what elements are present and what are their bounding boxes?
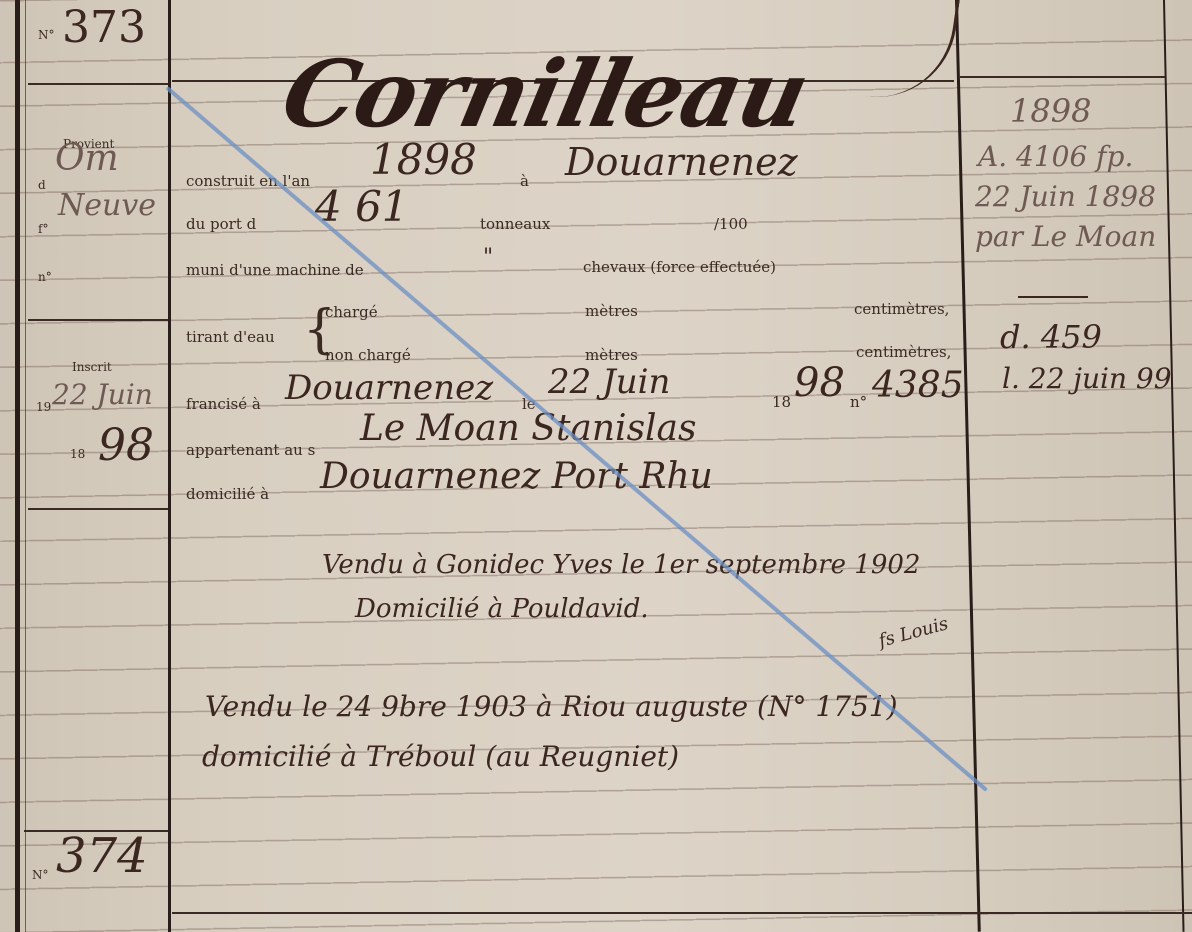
- provient-value-1: Om: [55, 138, 119, 179]
- right-note-rule: [1018, 296, 1088, 298]
- registered-year-value: 98: [794, 360, 845, 406]
- built-year-label: construit en l'an: [186, 172, 310, 190]
- registered-date-value: 22 Juin: [548, 362, 670, 402]
- right-note-ref: A. 4106 fp.: [978, 140, 1133, 173]
- sale-1-line-1: Vendu à Gonidec Yves le 1er septembre 19…: [322, 550, 920, 580]
- owner-value: Le Moan Stanislas: [360, 408, 697, 449]
- registered-at-value: Douarnenez: [285, 368, 493, 408]
- tonnage-fraction: /100: [714, 215, 748, 233]
- next-entry-number: 374: [56, 828, 148, 884]
- domicile-value: Douarnenez Port Rhu: [320, 456, 713, 497]
- entry-number: 373: [62, 2, 146, 53]
- left-margin-line: [15, 0, 20, 932]
- number-prefix: N°: [38, 28, 55, 42]
- right-note-date-2: l. 22 juin 99: [1002, 362, 1172, 395]
- tonnage-label: du port d: [186, 215, 256, 233]
- bottom-separator: [172, 912, 1192, 914]
- sale-1-line-2: Domicilié à Pouldavid.: [355, 594, 649, 624]
- tonnage-unit: tonneaux: [480, 215, 550, 233]
- provient-separator: [28, 319, 168, 321]
- draft-loaded-meters: mètres: [585, 302, 638, 320]
- right-note-by: par Le Moan: [975, 220, 1156, 253]
- left-column-divider: [168, 0, 171, 932]
- built-year-value: 1898: [370, 135, 477, 184]
- provient-value-2: Neuve: [58, 188, 156, 223]
- inscrit-year: 98: [98, 420, 154, 471]
- right-note-number: d. 459: [1000, 318, 1102, 356]
- registered-number-label: n°: [850, 393, 867, 411]
- engine-label: muni d'une machine de: [186, 261, 364, 279]
- domicile-label: domicilié à: [186, 485, 269, 503]
- right-note-date: 22 Juin 1898: [975, 180, 1156, 213]
- sale-2-line-1: Vendu le 24 9bre 1903 à Riou auguste (N°…: [205, 690, 898, 723]
- right-note-year: 1898: [1010, 92, 1091, 130]
- draft-unloaded-cm: centimètres,: [856, 343, 951, 361]
- sale-2-line-2: domicilié à Tréboul (au Reugniet): [202, 740, 679, 773]
- draft-loaded-cm: centimètres,: [854, 300, 949, 318]
- header-separator: [28, 83, 168, 85]
- engine-value: ": [483, 245, 493, 270]
- next-number-prefix: N°: [32, 868, 49, 882]
- draft-label: tirant d'eau: [186, 328, 275, 346]
- inscrit-day: 22 Juin: [52, 378, 153, 411]
- inscrit-label: Inscrit: [72, 360, 112, 374]
- registered-at-label: francisé à: [186, 395, 261, 413]
- vessel-name: Cornilleau: [274, 40, 817, 148]
- registered-year-prefix: 18: [772, 393, 791, 411]
- left-margin-line-thin: [25, 0, 26, 932]
- registered-number-value: 4385: [872, 365, 964, 406]
- engine-unit: chevaux (force effectuée): [583, 258, 776, 276]
- built-place-label: à: [520, 172, 529, 190]
- draft-loaded-label: chargé: [325, 303, 378, 321]
- draft-unloaded-label: non chargé: [325, 346, 411, 364]
- inscrit-separator: [28, 508, 168, 510]
- n-label: n°: [38, 270, 52, 284]
- f-label: f°: [38, 222, 48, 236]
- inscrit-prefix-1: 19: [36, 400, 51, 414]
- owner-label: appartenant au s: [186, 441, 315, 459]
- inscrit-prefix-2: 18: [70, 447, 85, 461]
- built-place-value: Douarnenez: [565, 140, 798, 184]
- d-label: d: [38, 178, 46, 192]
- header-separator-right: [960, 76, 1165, 78]
